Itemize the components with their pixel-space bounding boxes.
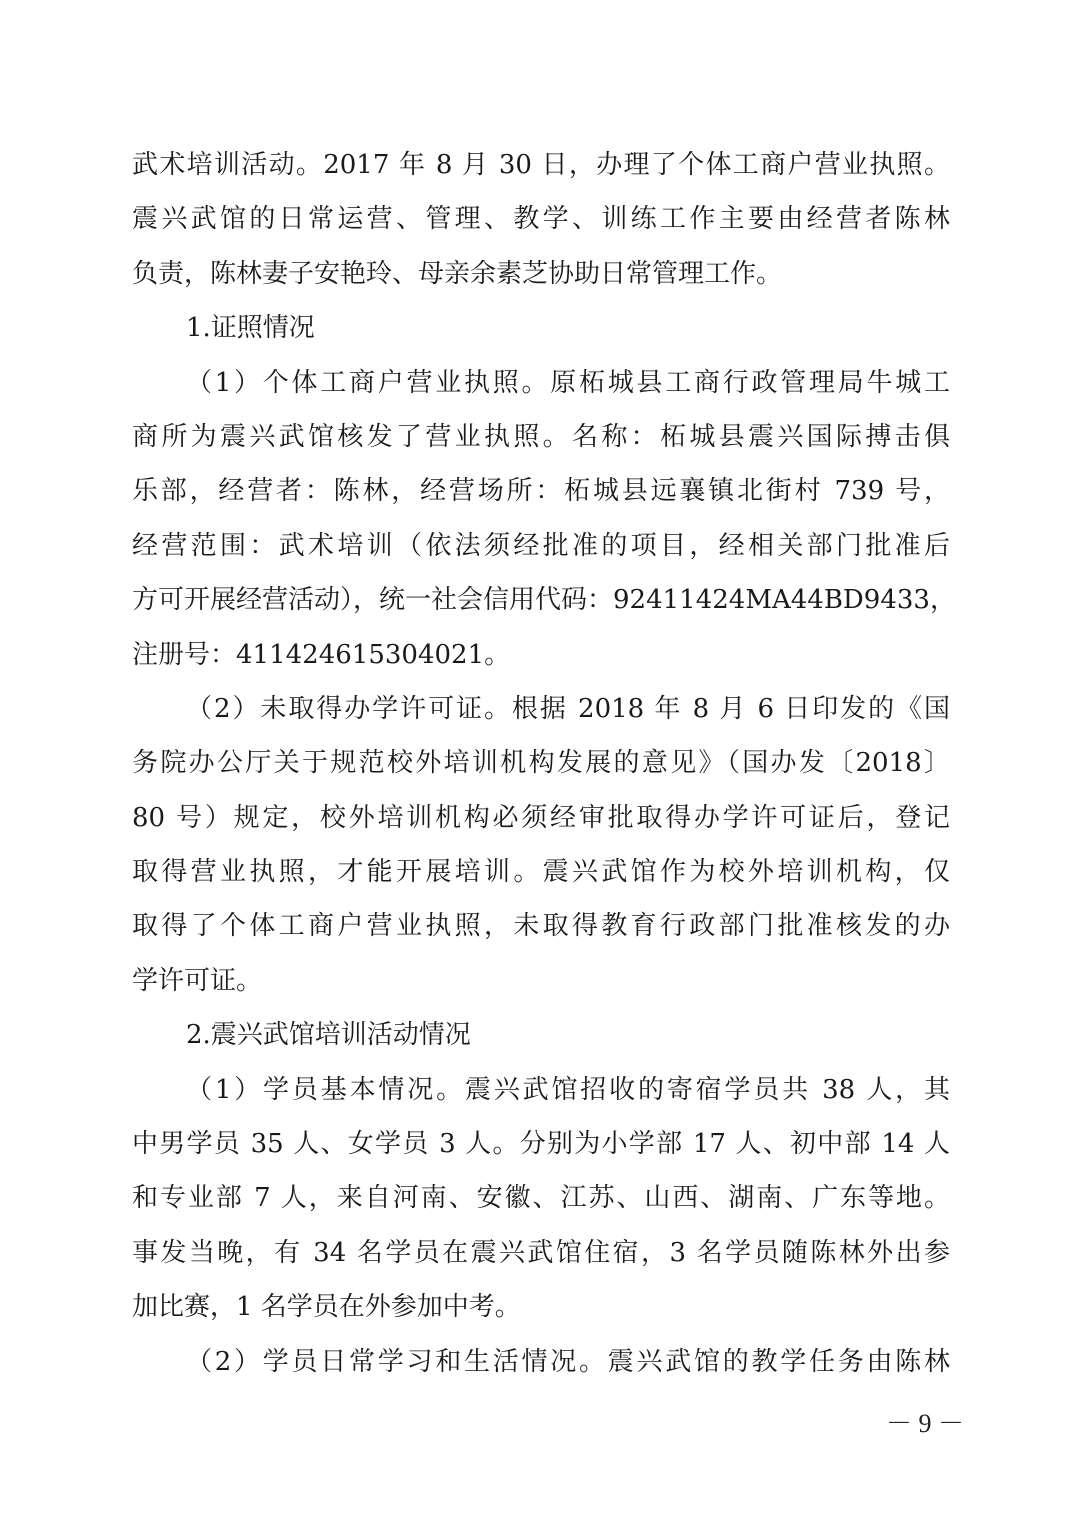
text-line: 取得营业执照，才能开展培训。震兴武馆作为校外培训机构，仅 — [132, 845, 950, 899]
text-line: （1）学员基本情况。震兴武馆招收的寄宿学员共 38 人，其 — [132, 1063, 950, 1117]
text-line: 震兴武馆的日常运营、管理、教学、训练工作主要由经营者陈林 — [132, 192, 950, 246]
text-line: 乐部，经营者：陈林，经营场所：柘城县远襄镇北街村 739 号， — [132, 464, 950, 518]
section-heading-training: 2.震兴武馆培训活动情况 — [132, 1008, 950, 1062]
text-line: 方可开展经营活动），统一社会信用代码：92411424MA44BD9433， — [132, 573, 950, 627]
text-line: 负责，陈林妻子安艳玲、母亲余素芝协助日常管理工作。 — [132, 247, 950, 301]
text-line: 80 号）规定，校外培训机构必须经审批取得办学许可证后，登记 — [132, 791, 950, 845]
text-line: （2）学员日常学习和生活情况。震兴武馆的教学任务由陈林 — [132, 1335, 950, 1389]
text-line: 学许可证。 — [132, 954, 950, 1008]
page-number: － 9 － — [880, 1404, 970, 1444]
text-line: 经营范围：武术培训（依法须经批准的项目，经相关部门批准后 — [132, 519, 950, 573]
text-line: 务院办公厅关于规范校外培训机构发展的意见》（国办发〔2018〕 — [132, 736, 950, 790]
text-line: 商所为震兴武馆核发了营业执照。名称：柘城县震兴国际搏击俱 — [132, 410, 950, 464]
document-body: 武术培训活动。2017 年 8 月 30 日，办理了个体工商户营业执照。 震兴武… — [132, 138, 950, 1389]
text-line: 注册号：411424615304021。 — [132, 628, 950, 682]
text-line: （1）个体工商户营业执照。原柘城县工商行政管理局牛城工 — [132, 356, 950, 410]
text-line: 中男学员 35 人、女学员 3 人。分别为小学部 17 人、初中部 14 人 — [132, 1117, 950, 1171]
text-line: （2）未取得办学许可证。根据 2018 年 8 月 6 日印发的《国 — [132, 682, 950, 736]
section-heading-licenses: 1.证照情况 — [132, 301, 950, 355]
text-line: 加比赛，1 名学员在外参加中考。 — [132, 1280, 950, 1334]
text-line: 和专业部 7 人，来自河南、安徽、江苏、山西、湖南、广东等地。 — [132, 1171, 950, 1225]
text-line: 事发当晚，有 34 名学员在震兴武馆住宿，3 名学员随陈林外出参 — [132, 1226, 950, 1280]
text-line: 武术培训活动。2017 年 8 月 30 日，办理了个体工商户营业执照。 — [132, 138, 950, 192]
text-line: 取得了个体工商户营业执照，未取得教育行政部门批准核发的办 — [132, 899, 950, 953]
